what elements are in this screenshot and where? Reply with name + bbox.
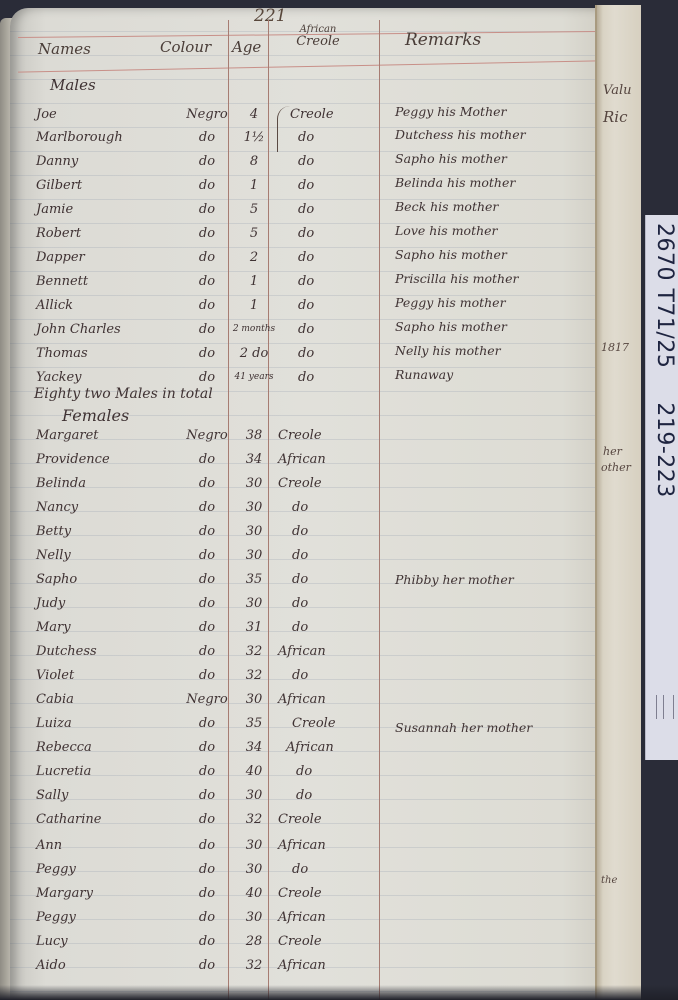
male-origin: do <box>298 322 393 337</box>
female-origin: African <box>278 644 373 659</box>
male-remarks: Belinda his mother <box>395 175 615 190</box>
male-origin: Creole <box>290 107 385 122</box>
female-name: Violet <box>36 668 186 683</box>
female-name: Sally <box>36 788 186 803</box>
header-names: Names <box>38 40 91 58</box>
female-age: 30 <box>228 596 280 611</box>
female-name: Rebecca <box>36 740 186 755</box>
female-age: 30 <box>228 476 280 491</box>
male-name: Joe <box>36 107 186 122</box>
female-age: 40 <box>228 886 280 901</box>
female-origin: do <box>292 500 387 515</box>
male-origin: do <box>298 250 393 265</box>
male-name: Marlborough <box>36 130 186 145</box>
female-name: Judy <box>36 596 186 611</box>
header-origin-creole: Creole <box>278 36 358 48</box>
female-age: 32 <box>228 668 280 683</box>
margin-note: other <box>601 461 631 474</box>
female-origin: African <box>278 452 373 467</box>
female-age: 32 <box>228 644 280 659</box>
female-name: Ann <box>36 838 186 853</box>
male-age: 1 <box>228 178 280 193</box>
adjacent-page-margin: Valu Ric 1817 her other the <box>595 5 641 1000</box>
female-name: Cabia <box>36 692 186 707</box>
female-name: Margaret <box>36 428 186 443</box>
female-age: 30 <box>228 838 280 853</box>
female-name: Margary <box>36 886 186 901</box>
male-age: 2 months <box>228 324 280 334</box>
female-name: Nancy <box>36 500 186 515</box>
female-name: Providence <box>36 452 186 467</box>
male-age: 5 <box>228 226 280 241</box>
female-age: 38 <box>228 428 280 443</box>
female-name: Luiza <box>36 716 186 731</box>
female-remarks: Susannah her mother <box>395 720 615 735</box>
female-age: 30 <box>228 524 280 539</box>
male-name: Dapper <box>36 250 186 265</box>
margin-note: Ric <box>603 108 628 126</box>
female-age: 40 <box>228 764 280 779</box>
male-name: Danny <box>36 154 186 169</box>
male-age: 1½ <box>228 130 280 145</box>
male-age: 4 <box>228 107 280 122</box>
male-origin: do <box>298 226 393 241</box>
page-number: 221 <box>254 6 286 26</box>
female-name: Mary <box>36 620 186 635</box>
male-remarks: Beck his mother <box>395 199 615 214</box>
archive-pages: 219-223 <box>652 402 677 497</box>
female-origin: Creole <box>278 934 373 949</box>
male-origin: do <box>298 178 393 193</box>
archive-reference: 2670 T71/25 <box>652 223 677 368</box>
male-name: John Charles <box>36 322 186 337</box>
male-name: Gilbert <box>36 178 186 193</box>
female-age: 30 <box>228 788 280 803</box>
margin-note: 1817 <box>601 341 629 354</box>
female-origin: do <box>292 862 387 877</box>
male-age: 1 <box>228 298 280 313</box>
male-remarks: Nelly his mother <box>395 343 615 358</box>
archive-label-text: 2670 T71/25219-223 <box>652 223 677 498</box>
female-name: Belinda <box>36 476 186 491</box>
male-remarks: Peggy his mother <box>395 295 615 310</box>
female-name: Betty <box>36 524 186 539</box>
female-age: 34 <box>228 452 280 467</box>
female-age: 28 <box>228 934 280 949</box>
male-remarks: Love his mother <box>395 223 615 238</box>
male-name: Bennett <box>36 274 186 289</box>
female-name: Lucy <box>36 934 186 949</box>
male-age: 2 do <box>228 346 280 361</box>
female-origin: African <box>278 910 373 925</box>
header-origin: African Creole <box>278 24 358 48</box>
female-name: Catharine <box>36 812 186 827</box>
female-origin: Creole <box>278 812 373 827</box>
female-age: 35 <box>228 716 280 731</box>
male-name: Jamie <box>36 202 186 217</box>
female-origin: Creole <box>278 428 373 443</box>
male-name: Robert <box>36 226 186 241</box>
header-age: Age <box>232 38 261 56</box>
female-age: 34 <box>228 740 280 755</box>
ledger-page: 221 Names Colour Age African Creole Rema… <box>10 8 610 1000</box>
female-origin: African <box>278 692 373 707</box>
female-name: Lucretia <box>36 764 186 779</box>
female-origin: Creole <box>292 716 387 731</box>
male-name: Allick <box>36 298 186 313</box>
male-age: 5 <box>228 202 280 217</box>
male-origin: do <box>298 370 393 385</box>
male-age: 1 <box>228 274 280 289</box>
female-origin: do <box>292 596 387 611</box>
male-age: 8 <box>228 154 280 169</box>
female-origin: Creole <box>278 886 373 901</box>
bottom-shadow <box>0 985 678 1000</box>
margin-note: the <box>601 875 617 886</box>
header-remarks: Remarks <box>405 30 481 50</box>
female-origin: do <box>292 668 387 683</box>
female-origin: do <box>292 620 387 635</box>
female-age: 30 <box>228 862 280 877</box>
female-origin: do <box>296 788 391 803</box>
header-bottom-rule <box>18 60 598 72</box>
female-remarks: Phibby her mother <box>395 572 615 587</box>
male-remarks: Runaway <box>395 367 615 382</box>
female-age: 30 <box>228 548 280 563</box>
male-origin: do <box>298 202 393 217</box>
female-age: 32 <box>228 958 280 973</box>
male-name: Yackey <box>36 370 186 385</box>
male-age: 41 years <box>228 372 280 382</box>
female-name: Aido <box>36 958 186 973</box>
male-remarks: Sapho his mother <box>395 319 615 334</box>
female-origin: do <box>292 572 387 587</box>
female-origin: do <box>292 548 387 563</box>
males-total: Eighty two Males in total <box>34 386 213 402</box>
female-name: Peggy <box>36 910 186 925</box>
header-colour: Colour <box>160 38 211 56</box>
margin-note: her <box>603 445 622 458</box>
male-name: Thomas <box>36 346 186 361</box>
female-age: 31 <box>228 620 280 635</box>
female-origin: African <box>286 740 381 755</box>
male-origin: do <box>298 274 393 289</box>
section-males: Males <box>50 76 96 94</box>
male-origin: do <box>298 298 393 313</box>
female-age: 30 <box>228 910 280 925</box>
female-name: Nelly <box>36 548 186 563</box>
male-remarks: Peggy his Mother <box>395 104 615 119</box>
male-remarks: Dutchess his mother <box>395 127 615 142</box>
female-origin: do <box>296 764 391 779</box>
female-age: 30 <box>228 692 280 707</box>
female-age: 32 <box>228 812 280 827</box>
male-origin: do <box>298 130 393 145</box>
female-origin: African <box>278 958 373 973</box>
label-tick-marks <box>656 695 674 719</box>
archive-label: 2670 T71/25219-223 <box>645 215 678 760</box>
female-origin: Creole <box>278 476 373 491</box>
section-females: Females <box>62 406 129 425</box>
female-name: Peggy <box>36 862 186 877</box>
male-remarks: Sapho his mother <box>395 151 615 166</box>
female-age: 35 <box>228 572 280 587</box>
male-origin: do <box>298 346 393 361</box>
margin-note: Valu <box>603 83 631 98</box>
male-age: 2 <box>228 250 280 265</box>
male-remarks: Priscilla his mother <box>395 271 615 286</box>
female-name: Dutchess <box>36 644 186 659</box>
male-remarks: Sapho his mother <box>395 247 615 262</box>
female-origin: do <box>292 524 387 539</box>
male-origin: do <box>298 154 393 169</box>
female-origin: African <box>278 838 373 853</box>
female-name: Sapho <box>36 572 186 587</box>
female-age: 30 <box>228 500 280 515</box>
